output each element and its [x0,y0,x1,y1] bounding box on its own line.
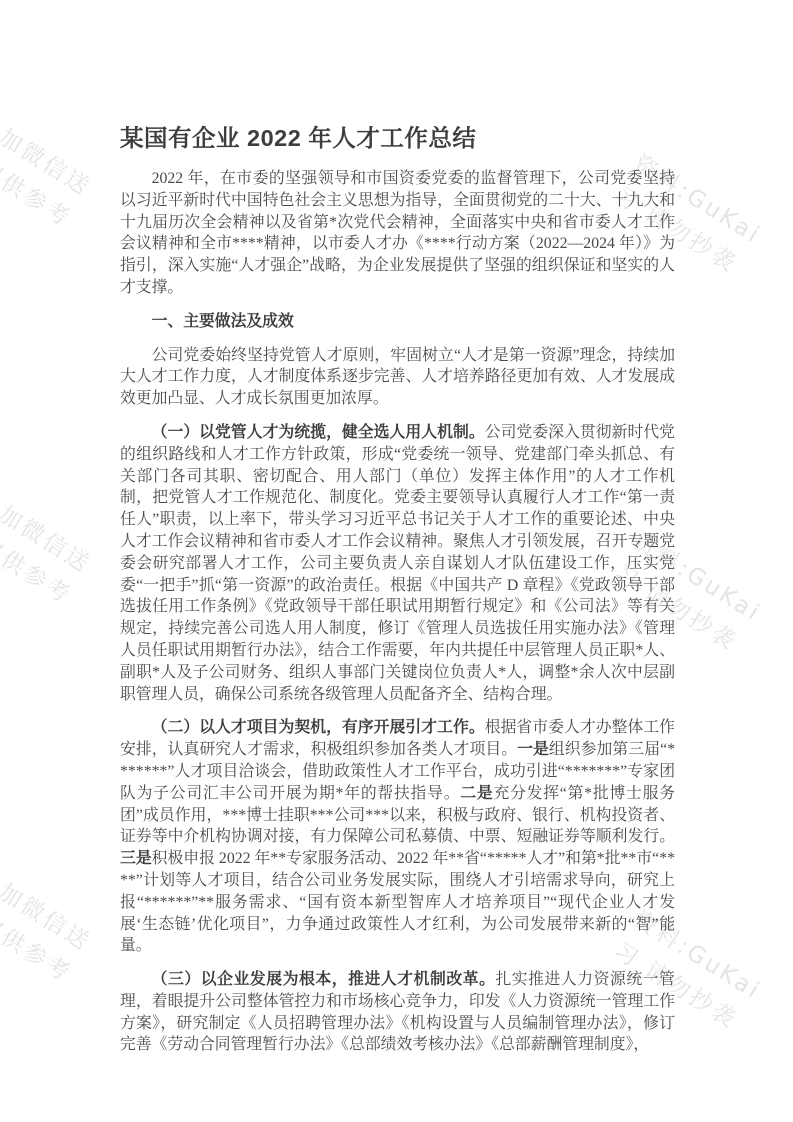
bold-text-segment: 某国有企业 2022 年人才工作总结 [120,125,476,151]
paragraph: 公司党委始终坚持党管人才原则，牢固树立“人才是第一资源”理念，持续加大人才工作力… [120,345,675,410]
paragraph: （三）以企业发展为根本，推进人才机制改革。扎实推进人力资源统一管理，着眼提升公司… [120,969,675,1056]
bold-text-segment: 三是 [120,850,152,867]
bold-text-segment: （一）以党管人才为统揽，健全选人用人机制。 [152,424,485,441]
paragraph: （一）以党管人才为统揽，健全选人用人机制。公司党委深入贯彻新时代党的组织路线和人… [120,422,675,705]
document-body: 某国有企业 2022 年人才工作总结2022 年，在市委的坚强领导和市国资委党委… [0,0,793,1056]
bold-text-segment: 一、主要做法及成效 [152,313,294,330]
paragraph: （二）以人才项目为契机，有序开展引才工作。根据省市委人才办整体工作安排，认真研究… [120,717,675,957]
text-segment: 2022 年，在市委的坚强领导和市国资委党委的监督管理下，公司党委坚持以习近平新… [120,170,675,296]
section-heading: 一、主要做法及成效 [120,311,675,333]
bold-text-segment: （三）以企业发展为根本，推进人才机制改革。 [152,971,496,988]
bold-text-segment: （二）以人才项目为契机，有序开展引才工作。 [152,719,485,736]
document-title: 某国有企业 2022 年人才工作总结 [120,122,675,154]
bold-text-segment: 一是 [517,741,549,758]
text-segment: 公司党委始终坚持党管人才原则，牢固树立“人才是第一资源”理念，持续加大人才工作力… [120,347,675,408]
document-page: 加微信送 仅供参考 加微信送 仅供参考 加微信送 仅供参考 资料:GuKai 习… [0,0,793,1122]
text-segment: 公司党委深入贯彻新时代党的组织路线和人才工作方针政策，形成“党委统一领导、党建部… [120,424,675,703]
paragraph: 2022 年，在市委的坚强领导和市国资委党委的监督管理下，公司党委坚持以习近平新… [120,168,675,299]
bold-text-segment: 二是 [460,785,493,802]
text-segment: 积极申报 2022 年**专家服务活动、2022 年**省“*****人才”和第… [120,850,675,954]
